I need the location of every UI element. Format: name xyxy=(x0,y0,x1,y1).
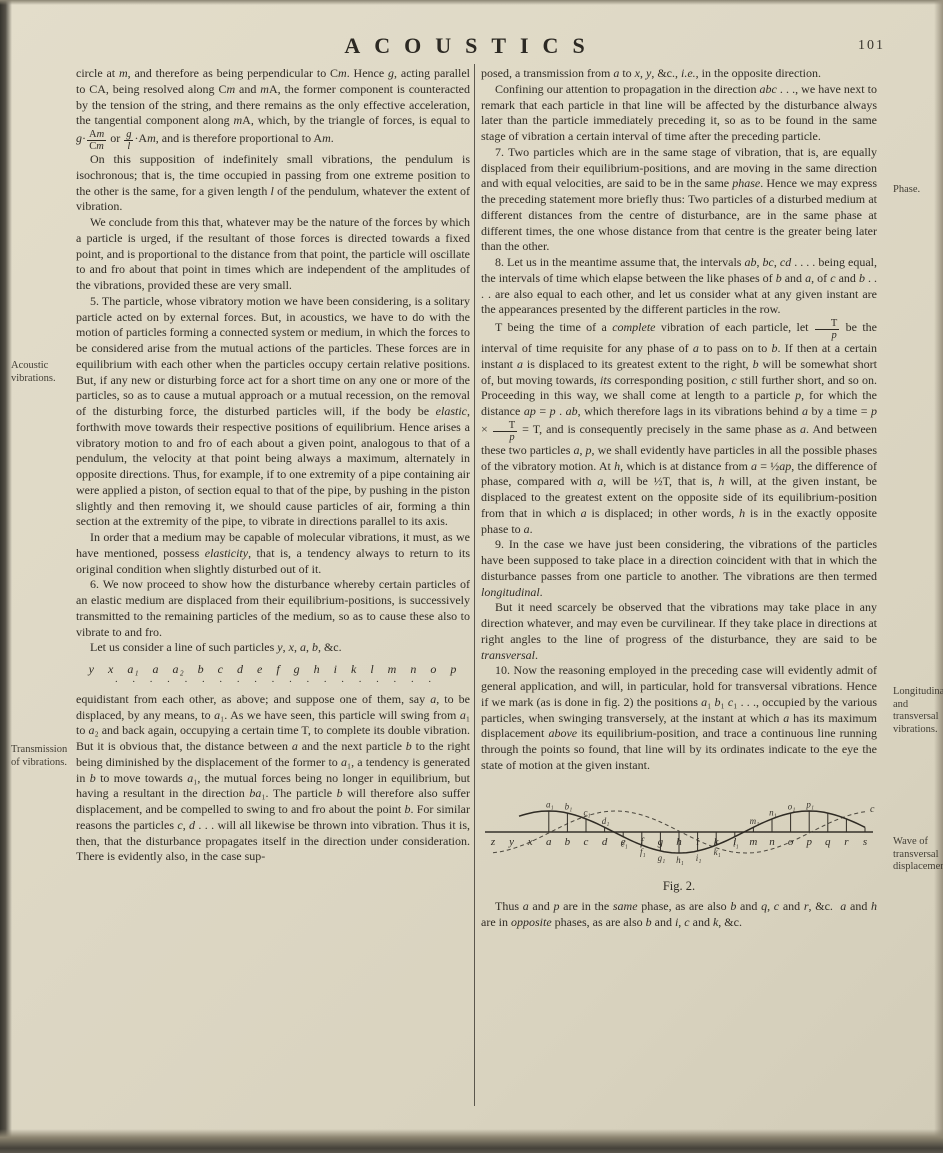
svg-text:c: c xyxy=(870,804,875,815)
svg-text:p₁: p₁ xyxy=(805,799,814,809)
svg-text:m₁: m₁ xyxy=(750,815,760,825)
svg-text:k₁: k₁ xyxy=(714,847,721,857)
right-column: posed, a transmission from a to x, y, &c… xyxy=(481,66,877,931)
svg-text:n: n xyxy=(769,836,775,848)
page-number: 101 xyxy=(858,38,885,54)
margin-note-phase: Phase. xyxy=(893,184,939,197)
page-title: ACOUSTICS xyxy=(0,33,943,59)
svg-text:b: b xyxy=(565,836,571,848)
svg-text:o: o xyxy=(788,836,794,848)
margin-note-wave: Wave of transversal displacements. xyxy=(893,836,942,874)
paragraph-section-7: 7. Two particles which are in the same s… xyxy=(481,145,877,255)
svg-text:p: p xyxy=(805,836,812,848)
margin-note-transmission: Transmission of vibrations. xyxy=(11,744,71,769)
paragraph: We conclude from this that, whatever may… xyxy=(76,215,470,294)
svg-text:h₁: h₁ xyxy=(676,855,684,865)
paragraph: posed, a transmission from a to x, y, &c… xyxy=(481,66,877,82)
svg-text:a₁: a₁ xyxy=(546,799,554,809)
svg-text:m: m xyxy=(749,836,757,848)
svg-text:f₁: f₁ xyxy=(640,847,646,857)
svg-text:i: i xyxy=(696,836,699,848)
figure-2-wave-diagram: zyxabcdefghiklmnopqrsa₁b₁c₁d₁e₁f₁g₁h₁i₁k… xyxy=(481,778,877,896)
svg-text:d₁: d₁ xyxy=(602,815,610,825)
paragraph: T being the time of a complete vibration… xyxy=(481,318,877,537)
paragraph: In order that a medium may be capable of… xyxy=(76,530,470,577)
svg-text:q: q xyxy=(825,836,831,848)
svg-text:o₁: o₁ xyxy=(788,801,796,811)
svg-text:g: g xyxy=(658,836,664,848)
paragraph-section-5: 5. The particle, whose vibratory motion … xyxy=(76,294,470,530)
margin-note-acoustic-vibrations: Acoustic vibrations. xyxy=(11,360,69,385)
svg-text:l₁: l₁ xyxy=(733,838,739,848)
svg-text:s: s xyxy=(863,836,867,848)
page-edge-bottom xyxy=(0,1129,943,1153)
svg-text:y: y xyxy=(508,836,514,848)
svg-text:i₁: i₁ xyxy=(696,852,702,862)
svg-text:b₁: b₁ xyxy=(565,801,573,811)
paragraph: But it need scarcely be observed that th… xyxy=(481,600,877,663)
paragraph: Confining our attention to propagation i… xyxy=(481,82,877,145)
page-edge-left xyxy=(0,0,12,1153)
paragraph: equidistant from each other, as above; a… xyxy=(76,692,470,865)
page-edge-top xyxy=(0,0,943,5)
page-edge-right xyxy=(934,0,943,1153)
svg-text:c: c xyxy=(584,836,589,848)
wave-figure-svg: zyxabcdefghiklmnopqrsa₁b₁c₁d₁e₁f₁g₁h₁i₁k… xyxy=(481,778,877,874)
paragraph-section-9: 9. In the case we have just been conside… xyxy=(481,537,877,600)
paragraph-section-8: 8. Let us in the meantime assume that, t… xyxy=(481,255,877,318)
svg-text:n₁: n₁ xyxy=(769,807,777,817)
svg-text:e₁: e₁ xyxy=(621,838,628,848)
paragraph: Thus a and p are in the same phase, as a… xyxy=(481,899,877,931)
left-column: circle at m, and therefore as being perp… xyxy=(76,66,470,865)
svg-text:x: x xyxy=(527,836,533,848)
paragraph: Let us consider a line of such particles… xyxy=(76,640,470,656)
svg-text:r: r xyxy=(844,836,849,848)
svg-text:h: h xyxy=(676,836,682,848)
svg-text:c₁: c₁ xyxy=(583,807,590,817)
particle-line-dots: · · · · · · · · · · · · · · · · · · · xyxy=(76,678,470,686)
scanned-encyclopedia-page: ACOUSTICS 101 Acoustic vibrations. Trans… xyxy=(0,0,943,1153)
paragraph: On this supposition of indefinitely smal… xyxy=(76,152,470,215)
figure-caption: Fig. 2. xyxy=(481,879,877,895)
margin-note-longitudinal: Longitudinal and transversal vibrations. xyxy=(893,686,942,736)
paragraph-section-10: 10. Now the reasoning employed in the pr… xyxy=(481,663,877,773)
svg-text:z: z xyxy=(490,836,496,848)
svg-text:a: a xyxy=(546,836,552,848)
paragraph: circle at m, and therefore as being perp… xyxy=(76,66,470,152)
paragraph-section-6: 6. We now proceed to show how the distur… xyxy=(76,577,470,640)
column-divider xyxy=(474,64,475,1106)
svg-text:d: d xyxy=(602,836,608,848)
svg-text:g₁: g₁ xyxy=(658,852,666,862)
